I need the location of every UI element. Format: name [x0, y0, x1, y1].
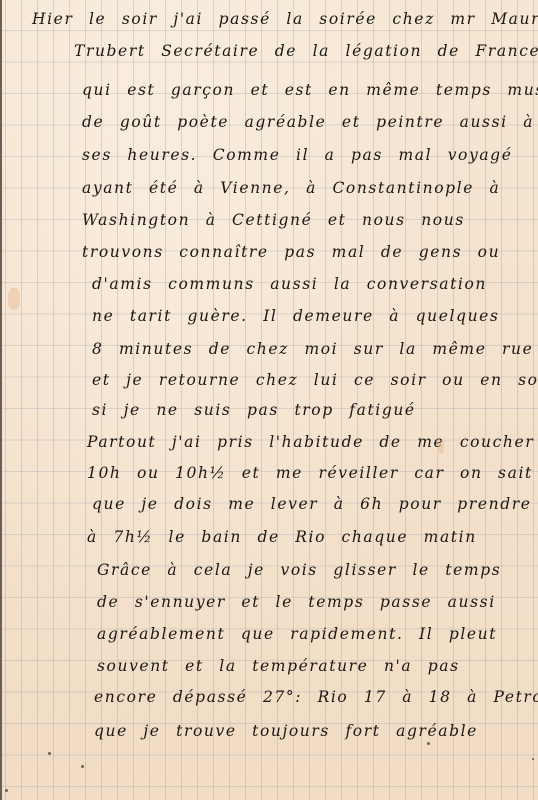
letter-line-6: ayant été à Vienne, à Constantinople à: [82, 181, 500, 197]
letter-line-16: que je dois me lever à 6h pour prendre: [92, 497, 532, 513]
letter-line-23: que je trouve toujours fort agréable: [94, 724, 478, 740]
paper-stain: [8, 288, 20, 310]
letter-page: Hier le soir j'ai passé la soirée chez m…: [0, 0, 538, 800]
letter-line-18: Grâce à cela je vois glisser le temps: [97, 563, 501, 579]
letter-line-2: Trubert Secrétaire de la légation de Fra…: [74, 44, 538, 60]
ink-speck: [532, 758, 534, 760]
letter-line-11: 8 minutes de chez moi sur la même rue: [92, 342, 533, 358]
letter-line-5: ses heures. Comme il a pas mal voyagé: [82, 148, 512, 164]
letter-line-19: de s'ennuyer et le temps passe aussi: [97, 595, 496, 611]
ink-speck: [81, 765, 84, 768]
letter-line-13: si je ne suis pas trop fatigué: [92, 403, 416, 419]
paper-stain: [438, 440, 444, 454]
ink-speck: [5, 789, 8, 792]
letter-line-12: et je retourne chez lui ce soir ou en so…: [92, 373, 538, 389]
letter-line-20: agréablement que rapidement. Il pleut: [97, 627, 497, 643]
ink-speck: [48, 752, 51, 755]
letter-line-8: trouvons connaître pas mal de gens ou: [82, 245, 500, 261]
letter-line-9: d'amis communs aussi la conversation: [92, 277, 487, 293]
letter-line-4: de goût poète agréable et peintre aussi …: [82, 115, 534, 131]
letter-line-10: ne tarit guère. Il demeure à quelques: [92, 309, 500, 325]
letter-line-15: 10h ou 10h½ et me réveiller car on sait: [87, 466, 533, 482]
letter-line-7: Washington à Cettigné et nous nous: [82, 213, 465, 229]
letter-line-21: souvent et la température n'a pas: [97, 659, 460, 675]
letter-line-22: encore dépassé 27°: Rio 17 à 18 à Petrop…: [94, 690, 538, 706]
ink-speck: [427, 742, 430, 745]
letter-line-3: qui est garçon et est en même temps musi…: [82, 83, 538, 99]
letter-line-14: Partout j'ai pris l'habitude de me couch…: [87, 435, 538, 451]
letter-line-1: Hier le soir j'ai passé la soirée chez m…: [32, 12, 538, 28]
letter-line-17: à 7h½ le bain de Rio chaque matin: [87, 530, 477, 546]
